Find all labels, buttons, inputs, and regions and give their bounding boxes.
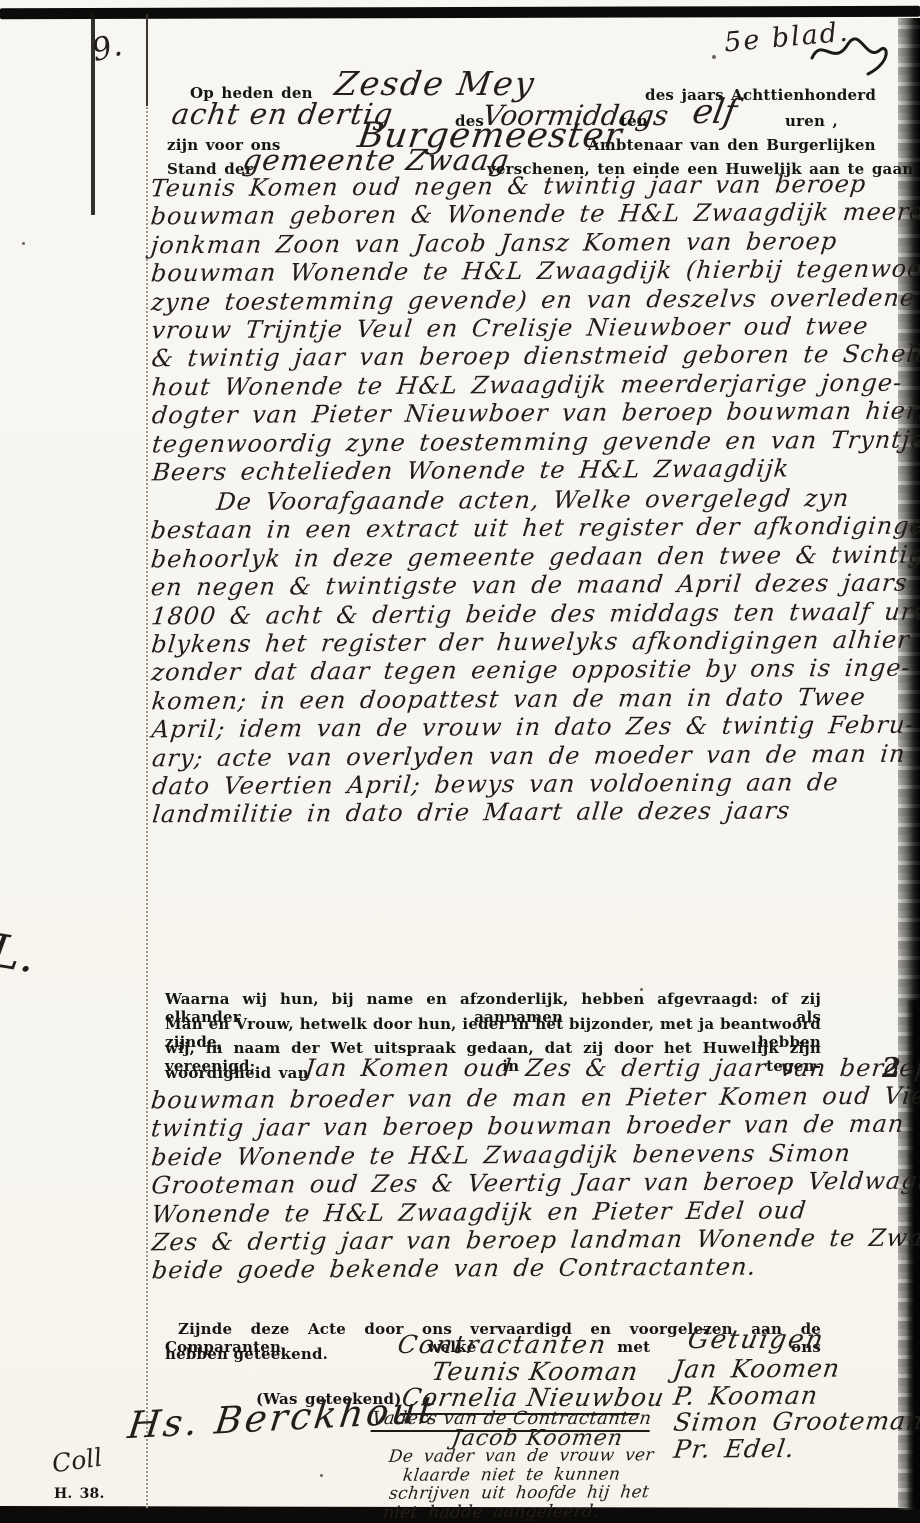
witness-signature: Simon Grooteman bbox=[672, 1406, 906, 1434]
printed-des-jaars: des jaars Achttienhonderd bbox=[645, 86, 876, 104]
documents-text: De Voorafgaande acten, Welke overgelegd … bbox=[149, 484, 913, 829]
printed-ambtenaar: Ambtenaar van den Burgerlijken bbox=[588, 136, 876, 154]
handwritten-line: bouwman geboren & Wonende te H&L Zwaagdi… bbox=[149, 198, 914, 231]
registrar-signature: Hs. Berckhout bbox=[126, 1388, 439, 1447]
handwritten-line: twintig jaar van beroep bouwman broeder … bbox=[150, 1110, 915, 1143]
printed-woordigheid-van: woordigheid van bbox=[165, 1064, 309, 1082]
handwritten-line: zyne toestemming gevende) en van deszelv… bbox=[150, 283, 915, 316]
handwritten-line: zonder dat daar tegen eenige oppositie b… bbox=[150, 654, 915, 687]
getuigen-heading: Getuigen bbox=[685, 1325, 827, 1355]
handwritten-line: Grooteman oud Zes & Veertig Jaar van ber… bbox=[150, 1167, 915, 1200]
witness-signature: Jan Koomen bbox=[672, 1353, 906, 1381]
clerk-note: De vader van de vrouw verklaarde niet te… bbox=[388, 1445, 668, 1521]
handwritten-line: niet hadde aangeleerd. bbox=[382, 1501, 670, 1521]
ink-speck bbox=[22, 242, 25, 245]
handwritten-line: 1800 & acht & dertig beide des middags t… bbox=[150, 597, 915, 630]
witness-signatures: Jan KoomenP. KoomanSimon GrootemanPr. Ed… bbox=[672, 1353, 903, 1460]
parties-text: Teunis Komen oud negen & twintig jaar va… bbox=[149, 170, 913, 487]
ink-speck bbox=[320, 1474, 323, 1477]
margin-ink-mark: L. bbox=[0, 923, 39, 983]
top-edge-band bbox=[0, 6, 920, 19]
margin-rule-top bbox=[146, 14, 148, 106]
handwritten-line: bouwman Wonende te H&L Zwaagdijk (hierbi… bbox=[150, 255, 915, 288]
printed-line: Waarna wij hun, bij name en afzonderlijk… bbox=[165, 990, 821, 1015]
witness-signature: Pr. Edel. bbox=[672, 1433, 906, 1461]
handwritten-line: Beers echtelieden Wonende te H&L Zwaagdi… bbox=[151, 454, 916, 487]
handwritten-line: bestaan in een extract uit het register … bbox=[149, 512, 914, 545]
handwritten-line: landmilitie in dato drie Maart alle deze… bbox=[151, 796, 916, 829]
witness-signature: P. Kooman bbox=[672, 1380, 906, 1408]
sheet-label-flourish-icon bbox=[808, 28, 896, 78]
handwritten-line: dogter van Pieter Nieuwboer van beroep b… bbox=[151, 397, 916, 430]
handwritten-line: April; idem van de vrouw in dato Zes & t… bbox=[151, 711, 916, 744]
printed-uren: uren , bbox=[785, 112, 838, 130]
printed-line: Man en Vrouw, hetwelk door hun, ieder in… bbox=[165, 1015, 821, 1040]
declaration-paragraph: Waarna wij hun, bij name en afzonderlijk… bbox=[165, 990, 821, 1064]
hour-field: elf bbox=[689, 92, 740, 132]
coll-mark: Coll bbox=[50, 1443, 104, 1479]
handwritten-line: & twintig jaar van beroep dienstmeid geb… bbox=[150, 340, 915, 373]
margin-rule bbox=[146, 16, 148, 1508]
handwritten-line: tegenwoordig zyne toestemming gevende en… bbox=[151, 425, 916, 458]
witnesses-first-line: Jan Komen oud Zes & dertig jaar van bero… bbox=[304, 1054, 920, 1082]
ink-speck bbox=[712, 55, 716, 59]
handwritten-line: beide goede bekende van de Contractanten… bbox=[151, 1252, 916, 1285]
form-number: H. 38. bbox=[54, 1486, 105, 1502]
handwritten-line: schrijven uit hoofde hij het bbox=[388, 1482, 670, 1502]
scanned-marriage-record: 9. 5e blad. L. 2 Op heden den Zesde Mey … bbox=[0, 0, 920, 1523]
handwritten-line: en negen & twintigste van de maand April… bbox=[150, 569, 915, 602]
witnesses-text: bouwman broeder van de man en Pieter Kom… bbox=[149, 1082, 912, 1285]
handwritten-line: Wonende te H&L Zwaagdijk en Pieter Edel … bbox=[150, 1195, 915, 1228]
handwritten-line: De vader van de vrouw ver bbox=[388, 1445, 670, 1465]
handwritten-line: ary; acte van overlyden van de moeder va… bbox=[151, 739, 916, 772]
groom-signature: Teunis Kooman bbox=[430, 1357, 641, 1386]
handwritten-line: klaarde niet te kunnen bbox=[402, 1464, 670, 1484]
contractanten-heading: Contractanten bbox=[396, 1330, 610, 1359]
